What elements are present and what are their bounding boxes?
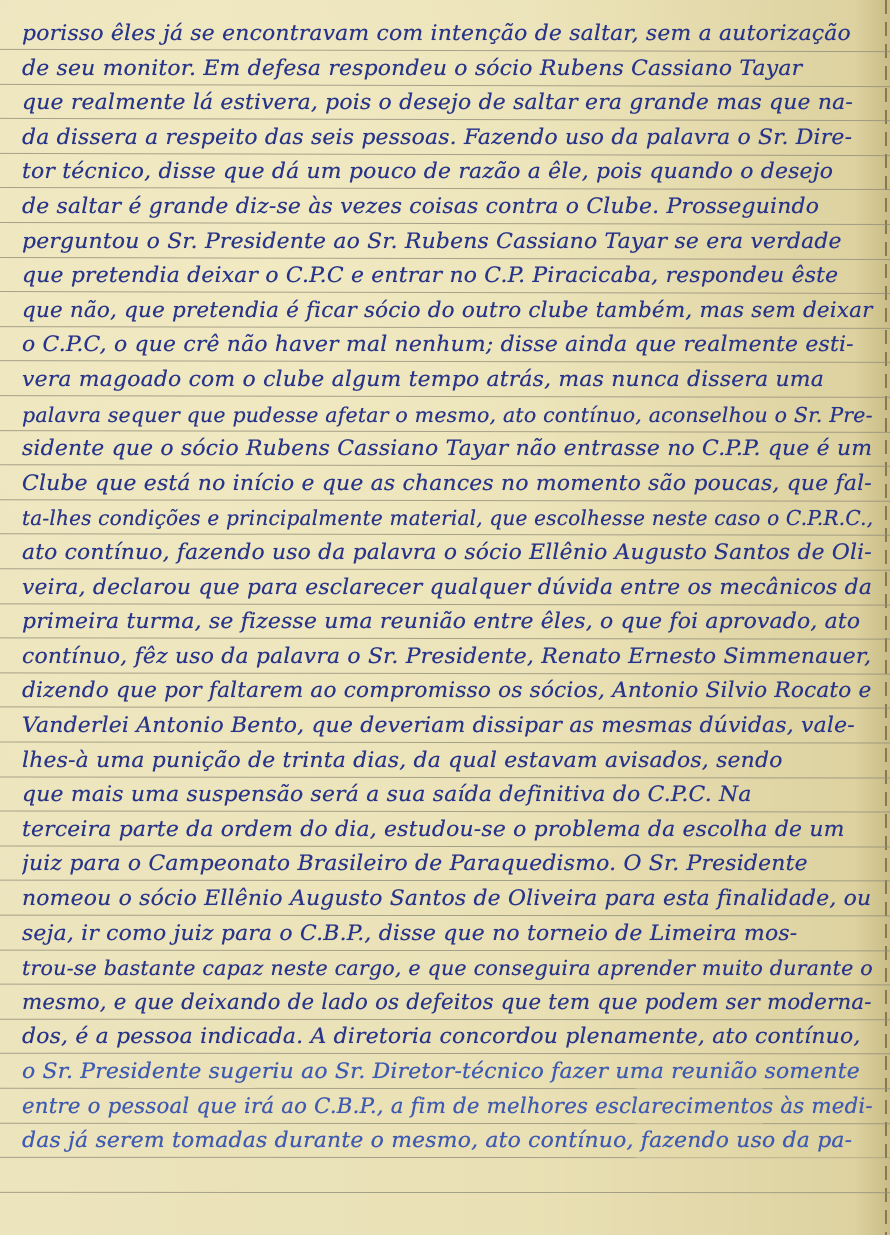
ruled-line bbox=[0, 1192, 890, 1193]
page-binding-edge bbox=[885, 0, 887, 1235]
text-line: das já serem tomadas durante o mesmo, at… bbox=[22, 1121, 876, 1161]
